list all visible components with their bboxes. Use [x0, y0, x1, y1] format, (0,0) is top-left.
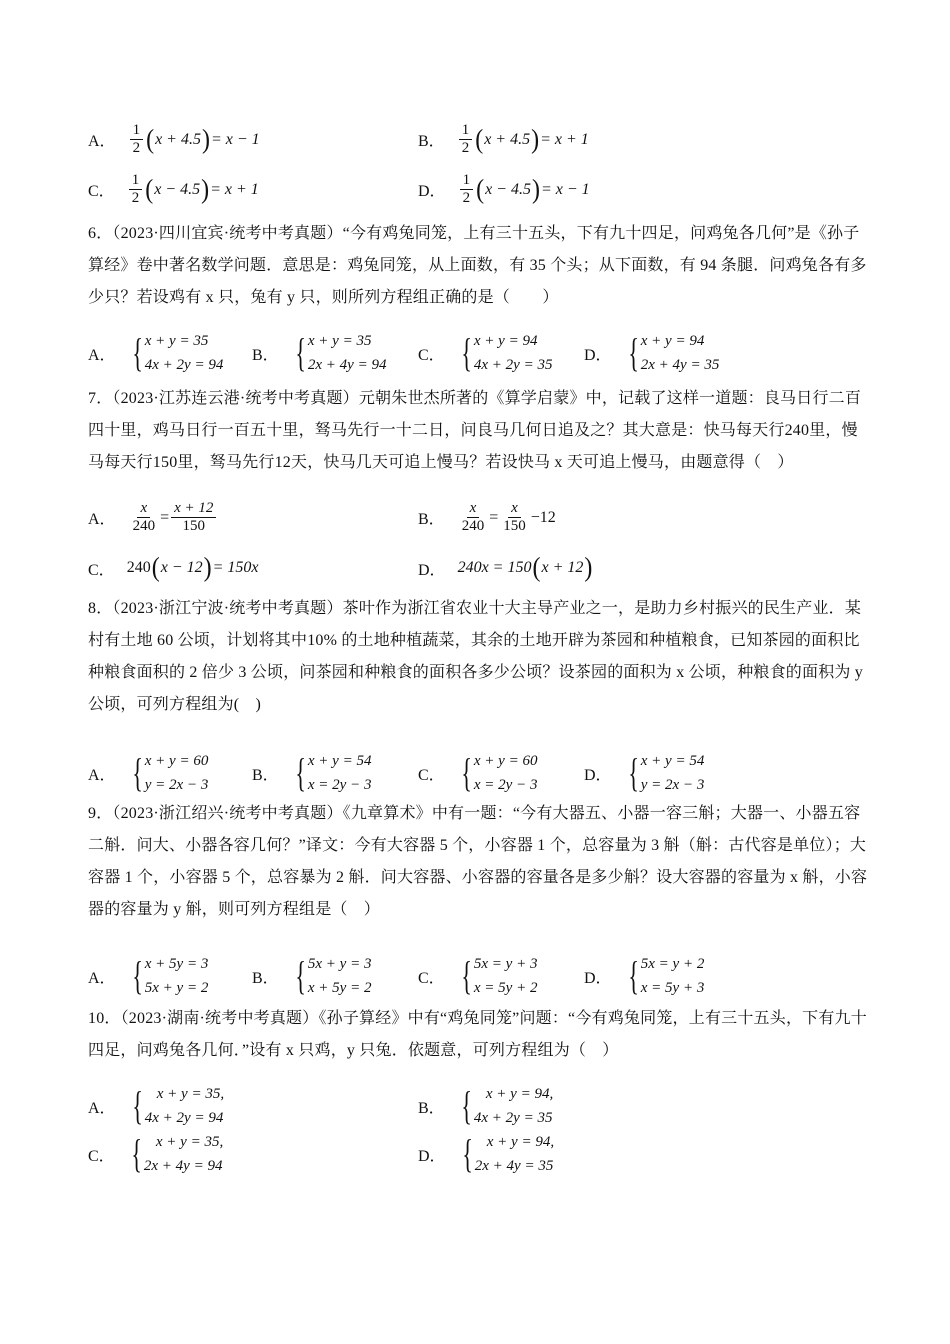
denominator: 150: [500, 518, 529, 535]
equation-line-1: x + y = 94,: [475, 1130, 554, 1154]
fraction: 12: [129, 172, 143, 207]
q10-option-c: C． {x + y = 35,2x + 4y = 94: [88, 1130, 223, 1178]
left-paren: (: [145, 176, 153, 204]
numerator: x: [467, 500, 480, 518]
inner-expr: x − 4.5: [485, 181, 531, 199]
equation-system: {x + y = 35,4x + 2y = 94: [128, 1082, 225, 1130]
q7-option-a: A． x240 = x + 12150: [88, 500, 218, 535]
rhs-expr: = x + 1: [210, 181, 259, 199]
equation-line-2: x = 2y − 3: [308, 773, 372, 797]
equation-line-1: x + y = 35,: [145, 1082, 224, 1106]
right-paren: ): [584, 554, 592, 582]
left-paren: (: [152, 554, 160, 582]
q5-option-d: D． 12 (x − 4.5) = x − 1: [418, 172, 590, 207]
brace-icon: {: [131, 1134, 142, 1174]
equation-line-2: 4x + 2y = 94: [145, 1106, 224, 1130]
equation: 12 (x + 4.5) = x + 1: [457, 122, 589, 157]
brace-icon: {: [295, 753, 306, 793]
denominator: 2: [129, 190, 143, 207]
equation-system: {5x = y + 2x = 5y + 3: [624, 952, 705, 1000]
q10-option-d: D． {x + y = 94,2x + 4y = 35: [418, 1130, 554, 1178]
option-label: A．: [88, 762, 116, 785]
option-label: D．: [418, 557, 446, 580]
fraction-left: x240: [459, 500, 488, 535]
equation-line-1: x + y = 94: [474, 329, 553, 353]
right-paren: ): [531, 126, 539, 154]
brace-icon: {: [461, 753, 472, 793]
equation-line-2: y = 2x − 3: [641, 773, 705, 797]
option-label: A．: [88, 1095, 116, 1118]
equation-line-2: x + 5y = 2: [308, 976, 372, 1000]
brace-icon: {: [132, 1086, 143, 1126]
rhs-expr: = x + 1: [540, 131, 589, 149]
equals-sign: =: [489, 509, 498, 527]
denominator: 2: [460, 190, 474, 207]
equation-system: {x + y = 94,4x + 2y = 35: [457, 1082, 554, 1130]
q9-option-a: A． {x + 5y = 35x + y = 2: [88, 952, 208, 1000]
q8-option-a: A． {x + y = 60y = 2x − 3: [88, 749, 208, 797]
equals-sign: =: [160, 509, 169, 527]
inner-expr: x + 4.5: [155, 131, 201, 149]
option-label: A．: [88, 965, 116, 988]
inner-expr: x − 4.5: [154, 181, 200, 199]
brace-icon: {: [295, 956, 306, 996]
rhs-expr: = x − 1: [211, 131, 260, 149]
equation-line-2: 4x + 2y = 35: [474, 353, 553, 377]
equation: 12 (x − 4.5) = x − 1: [458, 172, 590, 207]
equation-line-1: x + y = 54: [641, 749, 705, 773]
brace-icon: {: [132, 333, 143, 373]
q7-option-b: B． x240 = x150 −12: [418, 500, 556, 535]
option-label: B．: [252, 965, 279, 988]
denominator: 240: [130, 518, 159, 535]
inner-expr: x + 4.5: [484, 131, 530, 149]
inner-expr: x + 12: [541, 559, 583, 577]
expr-post: = 150x: [213, 559, 259, 577]
numerator: x + 12: [171, 500, 216, 518]
numerator: 1: [459, 122, 473, 140]
right-paren: ): [532, 176, 540, 204]
rhs-expr: = x − 1: [541, 181, 590, 199]
option-label: C．: [88, 557, 115, 580]
left-paren: (: [532, 554, 540, 582]
fraction: 12: [459, 122, 473, 157]
equation-line-1: x + y = 35: [145, 329, 224, 353]
q6-option-a: A． {x + y = 354x + 2y = 94: [88, 329, 223, 377]
equation: 240(x − 12)= 150x: [127, 556, 259, 580]
fraction: 12: [460, 172, 474, 207]
left-paren: (: [146, 126, 154, 154]
q5-option-b: B． 12 (x + 4.5) = x + 1: [418, 122, 589, 157]
numerator: x: [508, 500, 521, 518]
equation: 12 (x − 4.5) = x + 1: [127, 172, 259, 207]
brace-icon: {: [132, 753, 143, 793]
question-6-text: 6．（2023·四川宜宾·统考中考真题）“今有鸡兔同笼，上有三十五头，下有九十四…: [88, 218, 868, 314]
option-label: D．: [584, 965, 612, 988]
equation-system: {x + y = 94,2x + 4y = 35: [458, 1130, 555, 1178]
q8-option-b: B． {x + y = 54x = 2y − 3: [252, 749, 371, 797]
equation-line-1: x + y = 60: [145, 749, 209, 773]
equation: 12 (x + 4.5) = x − 1: [128, 122, 260, 157]
fraction: 12: [130, 122, 144, 157]
equation-line-1: 5x = y + 3: [474, 952, 538, 976]
option-label: B．: [418, 506, 445, 529]
q10-option-b: B． {x + y = 94,4x + 2y = 35: [418, 1082, 553, 1130]
option-label: A．: [88, 506, 116, 529]
equation-line-2: x = 2y − 3: [474, 773, 538, 797]
option-label: C．: [88, 178, 115, 201]
q6-option-d: D． {x + y = 942x + 4y = 35: [584, 329, 719, 377]
brace-icon: {: [628, 753, 639, 793]
inner-expr: x − 12: [161, 559, 203, 577]
q6-option-b: B． {x + y = 352x + 4y = 94: [252, 329, 386, 377]
option-label: B．: [252, 342, 279, 365]
q8-option-d: D． {x + y = 54y = 2x − 3: [584, 749, 704, 797]
q6-option-c: C． {x + y = 944x + 2y = 35: [418, 329, 552, 377]
equation-line-1: x + y = 35: [308, 329, 387, 353]
equation-line-2: 2x + 4y = 35: [641, 353, 720, 377]
question-9-text: 9．（2023·浙江绍兴·统考中考真题）《九章算术》中有一题：“今有大器五、小器…: [88, 798, 868, 926]
option-label: D．: [584, 342, 612, 365]
fraction-right: x + 12150: [171, 500, 216, 535]
equation-system: {x + y = 352x + 4y = 94: [291, 329, 387, 377]
equation-line-2: x = 5y + 2: [474, 976, 538, 1000]
equation-line-2: 5x + y = 2: [145, 976, 209, 1000]
equation-line-2: 2x + 4y = 35: [475, 1154, 554, 1178]
option-label: A．: [88, 342, 116, 365]
denominator: 2: [459, 140, 473, 157]
question-8-text: 8．（2023·浙江宁波·统考中考真题）茶叶作为浙江省农业十大主导产业之一，是助…: [88, 593, 868, 721]
numerator: 1: [460, 172, 474, 190]
question-10-text: 10．（2023·湖南·统考中考真题）《孙子算经》中有“鸡兔同笼”问题：“今有鸡…: [88, 1003, 868, 1067]
equation-line-1: x + y = 54: [308, 749, 372, 773]
brace-icon: {: [295, 333, 306, 373]
option-label: A．: [88, 128, 116, 151]
equation-system: {x + y = 60y = 2x − 3: [128, 749, 209, 797]
denominator: 2: [130, 140, 144, 157]
equation-line-1: 5x + y = 3: [308, 952, 372, 976]
q7-option-d: D． 240x = 150(x + 12): [418, 556, 593, 580]
equation-line-2: 4x + 2y = 35: [474, 1106, 553, 1130]
q9-option-d: D． {5x = y + 2x = 5y + 3: [584, 952, 704, 1000]
q5-option-c: C． 12 (x − 4.5) = x + 1: [88, 172, 259, 207]
equation-line-2: 4x + 2y = 94: [145, 353, 224, 377]
right-paren: ): [204, 554, 212, 582]
equation-system: {x + y = 54y = 2x − 3: [624, 749, 705, 797]
equation-line-1: 5x = y + 2: [641, 952, 705, 976]
option-label: C．: [418, 342, 445, 365]
q8-option-c: C． {x + y = 60x = 2y − 3: [418, 749, 537, 797]
equation-system: {5x + y = 3x + 5y = 2: [291, 952, 372, 1000]
numerator: x: [137, 500, 150, 518]
brace-icon: {: [461, 956, 472, 996]
option-label: C．: [418, 762, 445, 785]
brace-icon: {: [628, 333, 639, 373]
equation-line-2: x = 5y + 3: [641, 976, 705, 1000]
expr-pre: 240x = 150: [458, 559, 532, 577]
equation-system: {x + y = 942x + 4y = 35: [624, 329, 720, 377]
q5-option-a: A． 12 (x + 4.5) = x − 1: [88, 122, 260, 157]
q7-option-c: C． 240(x − 12)= 150x: [88, 556, 259, 580]
option-label: D．: [584, 762, 612, 785]
equation-system: {x + 5y = 35x + y = 2: [128, 952, 209, 1000]
brace-icon: {: [462, 1134, 473, 1174]
tail-expr: −12: [531, 509, 556, 527]
equation-system: {x + y = 54x = 2y − 3: [291, 749, 372, 797]
option-label: B．: [252, 762, 279, 785]
equation-system: {x + y = 60x = 2y − 3: [457, 749, 538, 797]
equation-system: {5x = y + 3x = 5y + 2: [457, 952, 538, 1000]
equation-line-1: x + y = 35,: [144, 1130, 223, 1154]
equation-line-1: x + y = 60: [474, 749, 538, 773]
equation-line-1: x + y = 94,: [474, 1082, 553, 1106]
equation: x240 = x150 −12: [457, 500, 556, 535]
equation-line-1: x + 5y = 3: [145, 952, 209, 976]
option-label: B．: [418, 128, 445, 151]
option-label: C．: [88, 1143, 115, 1166]
q9-option-c: C． {5x = y + 3x = 5y + 2: [418, 952, 537, 1000]
equation-system: {x + y = 35,2x + 4y = 94: [127, 1130, 224, 1178]
denominator: 150: [179, 518, 208, 535]
equation: 240x = 150(x + 12): [458, 556, 594, 580]
equation: x240 = x + 12150: [128, 500, 219, 535]
brace-icon: {: [628, 956, 639, 996]
numerator: 1: [130, 122, 144, 140]
brace-icon: {: [132, 956, 143, 996]
left-paren: (: [476, 176, 484, 204]
option-label: D．: [418, 178, 446, 201]
right-paren: ): [201, 176, 209, 204]
equation-line-2: 2x + 4y = 94: [144, 1154, 223, 1178]
q10-option-a: A． {x + y = 35,4x + 2y = 94: [88, 1082, 224, 1130]
q9-option-b: B． {5x + y = 3x + 5y = 2: [252, 952, 371, 1000]
equation-system: {x + y = 354x + 2y = 94: [128, 329, 224, 377]
left-paren: (: [475, 126, 483, 154]
equation-line-2: 2x + 4y = 94: [308, 353, 387, 377]
numerator: 1: [129, 172, 143, 190]
question-7-text: 7．（2023·江苏连云港·统考中考真题）元朝朱世杰所著的《算学启蒙》中，记载了…: [88, 383, 868, 479]
option-label: B．: [418, 1095, 445, 1118]
equation-system: {x + y = 944x + 2y = 35: [457, 329, 553, 377]
option-label: D．: [418, 1143, 446, 1166]
option-label: C．: [418, 965, 445, 988]
equation-line-1: x + y = 94: [641, 329, 720, 353]
fraction-right: x150: [500, 500, 529, 535]
brace-icon: {: [461, 1086, 472, 1126]
denominator: 240: [459, 518, 488, 535]
right-paren: ): [202, 126, 210, 154]
expr-pre: 240: [127, 559, 151, 577]
equation-line-2: y = 2x − 3: [145, 773, 209, 797]
fraction-left: x240: [130, 500, 159, 535]
brace-icon: {: [461, 333, 472, 373]
